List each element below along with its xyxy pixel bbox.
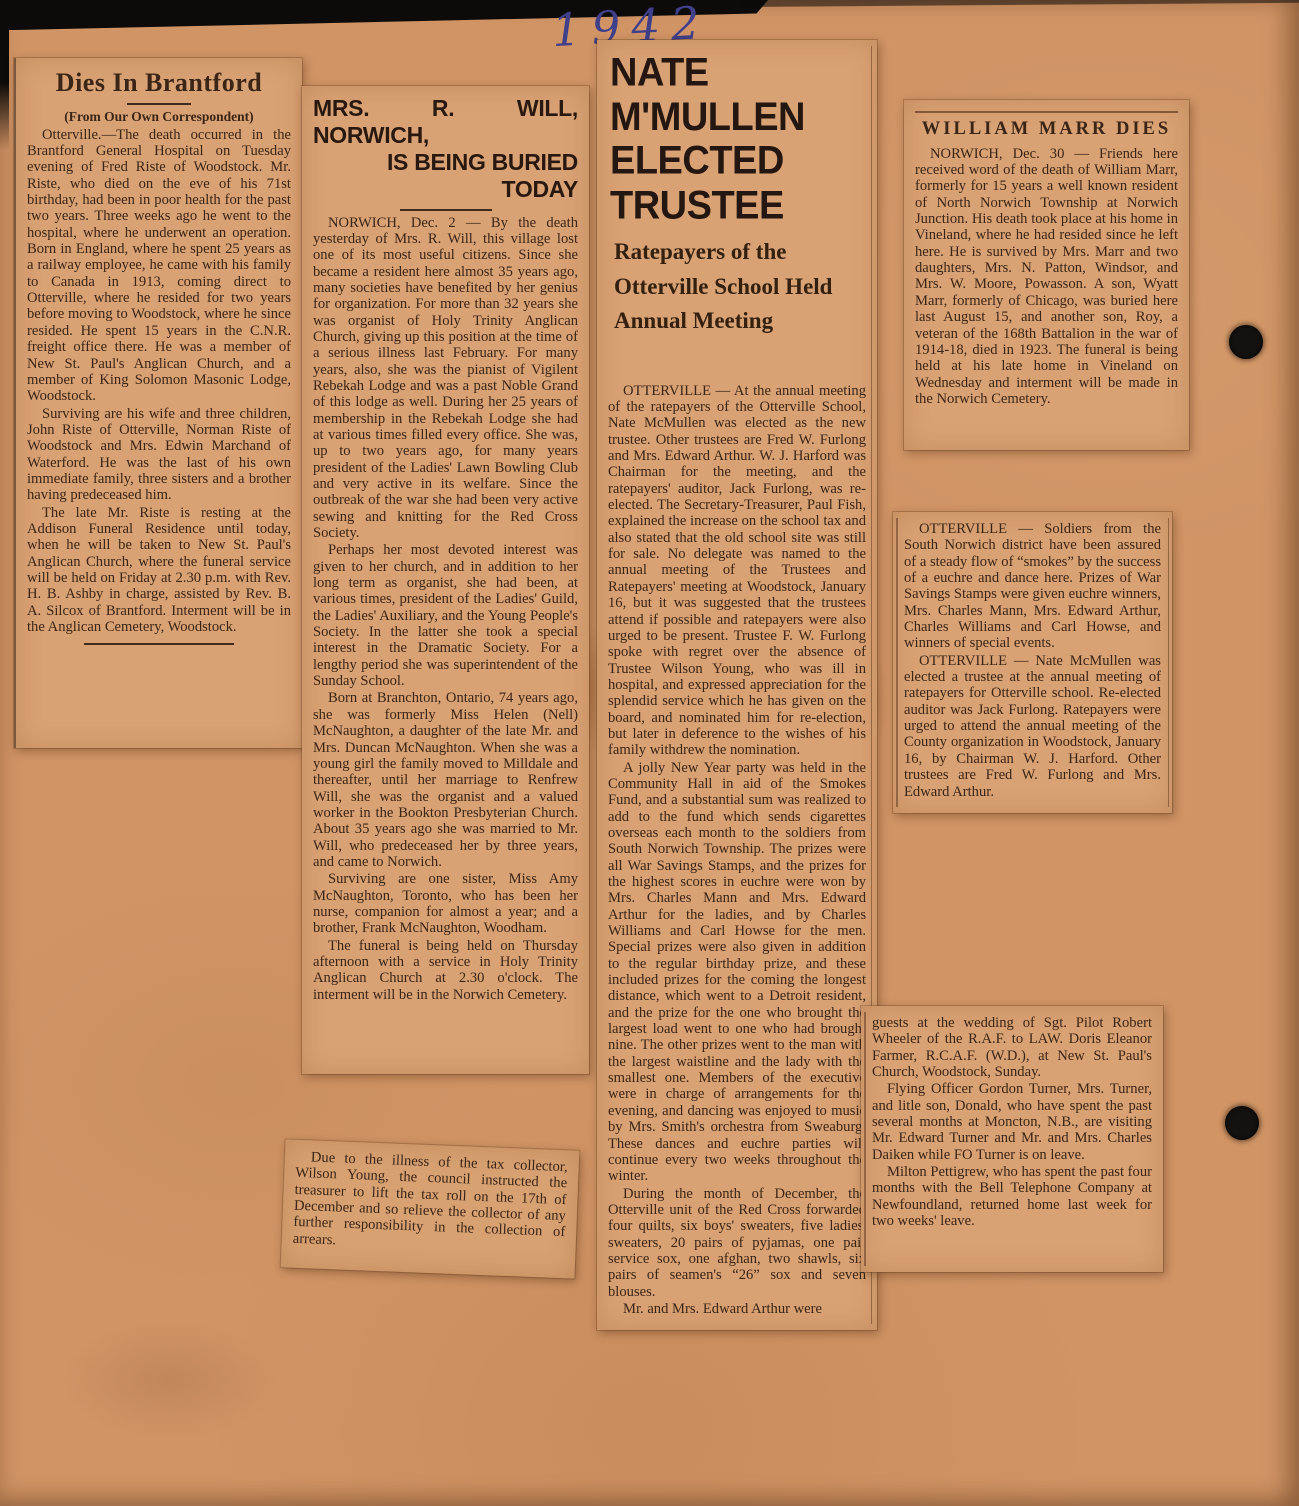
paragraph: A jolly New Year party was held in the C… [608,760,866,1185]
article-headline: NATE M'MULLEN ELECTED TRUSTEE [610,51,866,228]
photo-edge-top-right [740,0,1299,7]
article-headline-line2: ELECTED TRUSTEE [610,139,866,227]
photo-edge-left [0,0,9,150]
paragraph: Surviving are one sister, Miss Amy McNau… [313,871,578,936]
paragraph: Flying Officer Gordon Turner, Mrs. Turne… [872,1081,1152,1163]
article-subtitle: Ratepayers of the Otterville School Held… [614,235,862,339]
paragraph: NORWICH, Dec. 30 — Friends here received… [915,146,1178,408]
newspaper-column-rule [1168,518,1170,807]
article-headline-line1: NATE M'MULLEN [610,51,866,139]
paragraph: guests at the wedding of Sgt. Pilot Robe… [872,1015,1152,1080]
paragraph: Mr. and Mrs. Edward Arthur were [608,1301,866,1317]
clipping-wedding-visitors: guests at the wedding of Sgt. Pilot Robe… [861,1006,1163,1272]
article-byline: (From Our Own Correspondent) [27,109,291,124]
divider [84,643,234,645]
clipping-nate-mcmullen-trustee: NATE M'MULLEN ELECTED TRUSTEE Ratepayers… [597,40,877,1330]
paragraph: OTTERVILLE — Nate McMullen was elected a… [904,653,1161,800]
paragraph: OTTERVILLE — At the annual meeting of th… [608,383,866,759]
article-title: MRS. R. WILL, NORWICH, IS BEING BURIED T… [313,95,578,204]
divider [400,209,492,211]
paragraph: During the month of December, the Otterv… [608,1186,866,1300]
divider [127,103,191,105]
clipping-dies-in-brantford: Dies In Brantford (From Our Own Correspo… [14,58,302,748]
paragraph: Surviving are his wife and three childre… [27,406,291,504]
paragraph: Otterville.—The death occurred in the Br… [27,127,291,405]
article-title-line1: MRS. R. WILL, NORWICH, [313,95,578,148]
stain [60,1320,280,1440]
paragraph: Due to the illness of the tax collector,… [292,1149,568,1257]
clipping-william-marr-dies: WILLIAM MARR DIES NORWICH, Dec. 30 — Fri… [904,100,1189,450]
paragraph: NORWICH, Dec. 2 — By the death yesterday… [313,215,578,542]
article-title-line2: IS BEING BURIED TODAY [313,149,578,203]
paragraph: Born at Branchton, Ontario, 74 years ago… [313,690,578,870]
paragraph: The funeral is being held on Thursday af… [313,938,578,1003]
article-title: Dies In Brantford [27,69,291,98]
punch-hole [1225,1106,1259,1140]
clipping-tax-collector: Due to the illness of the tax collector,… [281,1139,580,1278]
newspaper-column-rule [864,1012,866,1266]
scrapbook-page: 1942 SEP. 29/42 1942 Dec 31 1942 1942 29… [0,0,1299,1506]
clipping-otterville-notes: OTTERVILLE — Soldiers from the South Nor… [893,512,1172,813]
punch-hole [1229,325,1263,359]
annotation-space [608,343,866,383]
paragraph: Perhaps her most devoted interest was gi… [313,542,578,689]
paragraph: OTTERVILLE — Soldiers from the South Nor… [904,521,1161,652]
article-title: WILLIAM MARR DIES [915,111,1178,140]
paragraph: Milton Pettigrew, who has spent the past… [872,1164,1152,1229]
clipping-mrs-will-obituary: MRS. R. WILL, NORWICH, IS BEING BURIED T… [302,86,589,1074]
newspaper-column-rule [896,518,898,807]
paragraph: The late Mr. Riste is resting at the Add… [27,505,291,636]
